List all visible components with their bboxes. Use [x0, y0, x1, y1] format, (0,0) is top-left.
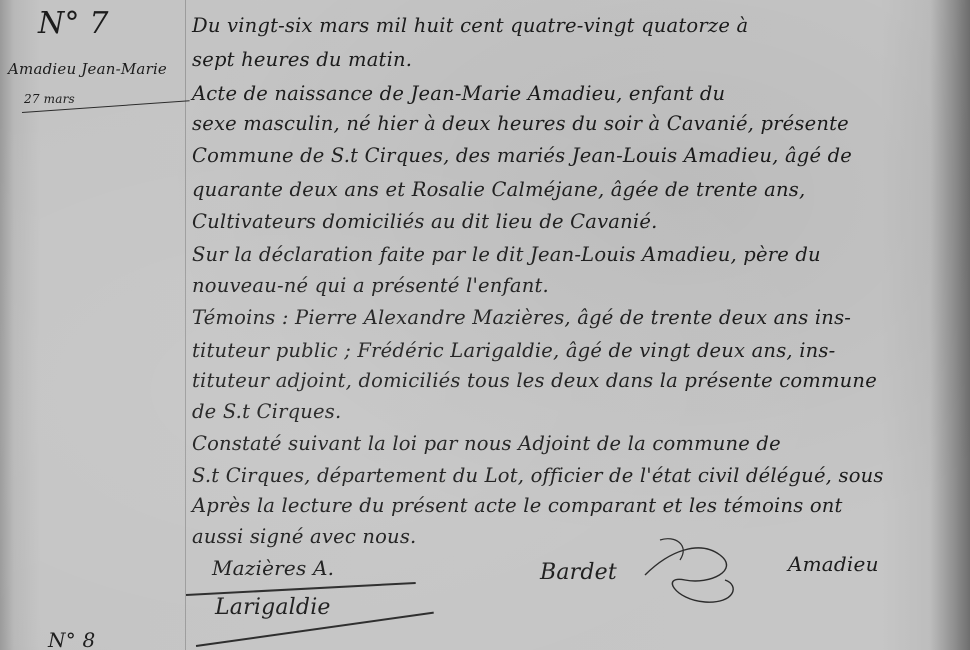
body-line-10: Témoins : Pierre Alexandre Mazières, âgé…: [192, 306, 851, 329]
body-line-6: quarante deux ans et Rosalie Calméjane, …: [192, 178, 805, 201]
body-line-12: tituteur adjoint, domiciliés tous les de…: [192, 369, 877, 392]
body-line-3: Acte de naissance de Jean-Marie Amadieu,…: [192, 82, 725, 105]
next-entry-number: N° 8: [48, 628, 95, 650]
body-line-9: nouveau-né qui a présenté l'enfant.: [192, 274, 549, 297]
body-line-15: S.t Cirques, département du Lot, officie…: [192, 464, 884, 487]
margin-rule: [185, 0, 186, 650]
signature-mazieres: Mazières A.: [212, 556, 334, 580]
margin-date: 27 mars: [24, 92, 75, 106]
body-line-17: aussi signé avec nous.: [192, 525, 416, 548]
signature-bardet: Bardet: [540, 560, 617, 585]
register-page: N° 7 Amadieu Jean-Marie 27 mars Du vingt…: [0, 0, 970, 650]
margin-subject-name: Amadieu Jean-Marie: [8, 60, 167, 78]
signature-amadieu: Amadieu: [788, 552, 879, 576]
body-line-1: Du vingt-six mars mil huit cent quatre-v…: [192, 14, 748, 37]
body-line-11: tituteur public ; Frédéric Larigaldie, â…: [192, 339, 835, 362]
body-line-13: de S.t Cirques.: [192, 400, 341, 423]
body-line-5: Commune de S.t Cirques, des mariés Jean-…: [192, 144, 852, 167]
body-line-14: Constaté suivant la loi par nous Adjoint…: [192, 432, 781, 455]
body-line-2: sept heures du matin.: [192, 48, 412, 71]
signature-larigaldie: Larigaldie: [215, 595, 331, 620]
body-line-7: Cultivateurs domiciliés au dit lieu de C…: [192, 210, 657, 233]
signature-flourish-1: [186, 582, 416, 596]
body-line-8: Sur la déclaration faite par le dit Jean…: [192, 243, 821, 266]
body-line-4: sexe masculin, né hier à deux heures du …: [192, 112, 849, 135]
body-line-16: Après la lecture du présent acte le comp…: [192, 494, 843, 517]
signature-bardet-flourish: [640, 530, 750, 610]
entry-number: N° 7: [38, 6, 109, 41]
